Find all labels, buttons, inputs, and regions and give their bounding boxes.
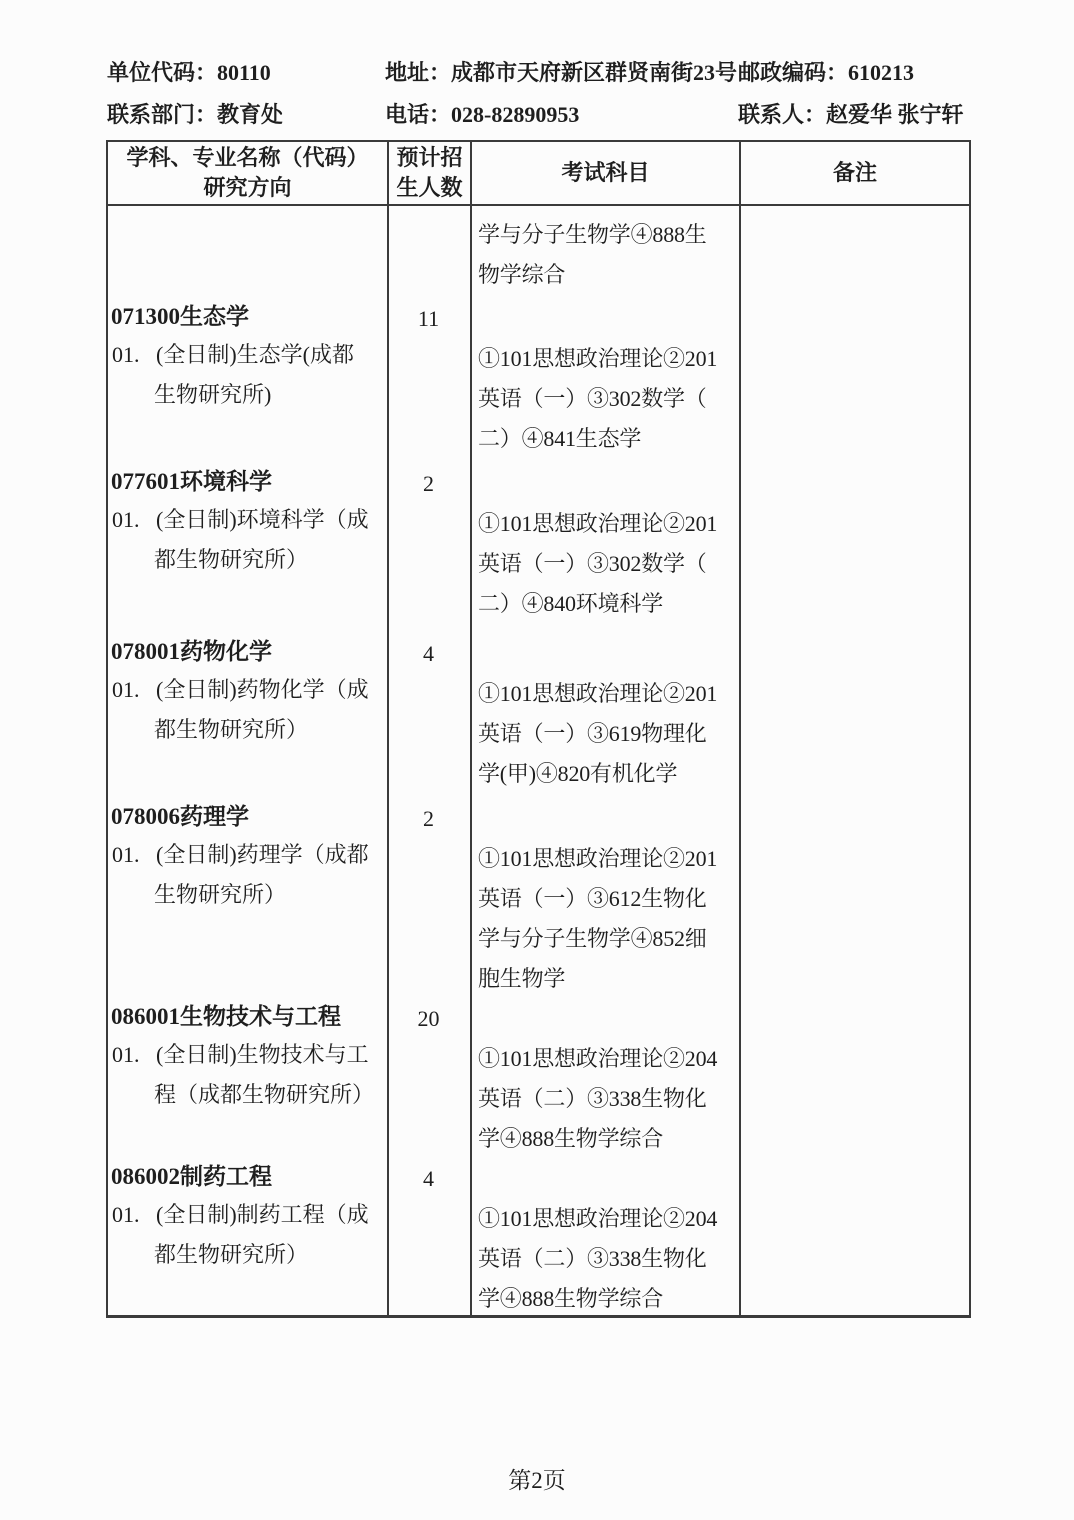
col-header-exams: 考试科目 [472, 142, 741, 204]
phone-text: 电话：028-82890953 [385, 100, 579, 130]
exam-subjects: ①101思想政治理论②204 英语（二）③338生物化 学④888生物学综合 [478, 1199, 738, 1319]
address-text: 地址：成都市天府新区群贤南街23号 [385, 58, 737, 88]
planned-enrollment: 11 [389, 299, 468, 339]
program-code-name: 086001生物技术与工程 [111, 997, 385, 1037]
col-header-program: 学科、专业名称（代码） 研究方向 [108, 142, 389, 204]
table-body: 071300生态学01. (全日制)生态学(成都 生物研究所)077601环境科… [108, 206, 969, 1315]
research-direction: 01. (全日制)药理学（成都 生物研究所） [112, 835, 385, 915]
table-header-row: 学科、专业名称（代码） 研究方向 预计招 生人数 考试科目 备注 [108, 142, 969, 206]
column-remarks [741, 206, 969, 1315]
planned-enrollment: 4 [389, 634, 468, 674]
column-quota: 11242204 [389, 206, 472, 1315]
document-page: 单位代码：80110 地址：成都市天府新区群贤南街23号 邮政编码：610213… [0, 0, 1074, 1520]
column-program: 071300生态学01. (全日制)生态学(成都 生物研究所)077601环境科… [108, 206, 389, 1315]
planned-enrollment: 20 [389, 999, 468, 1039]
postal-code-text: 邮政编码：610213 [738, 58, 914, 88]
unit-code-text: 单位代码：80110 [107, 58, 271, 88]
program-code-name: 077601环境科学 [111, 462, 385, 502]
page-number: 第2页 [0, 1462, 1074, 1495]
research-direction: 01. (全日制)制药工程（成 都生物研究所） [112, 1195, 385, 1275]
carryover-exam-subjects: 学与分子生物学④888生 物学综合 [478, 215, 738, 295]
research-direction: 01. (全日制)生物技术与工 程（成都生物研究所） [112, 1035, 385, 1115]
contact-dept-text: 联系部门：教育处 [107, 100, 283, 130]
research-direction: 01. (全日制)生态学(成都 生物研究所) [112, 335, 385, 415]
column-exam-subjects: 学与分子生物学④888生 物学综合①101思想政治理论②201 英语（一）③30… [472, 206, 741, 1315]
exam-subjects: ①101思想政治理论②204 英语（二）③338生物化 学④888生物学综合 [478, 1039, 738, 1159]
col-header-quota: 预计招 生人数 [389, 142, 472, 204]
program-code-name: 078006药理学 [111, 797, 385, 837]
contact-person-text: 联系人：赵爱华 张宁轩 [738, 100, 964, 130]
col-header-remarks: 备注 [741, 142, 969, 204]
planned-enrollment: 4 [389, 1159, 468, 1199]
planned-enrollment: 2 [389, 799, 468, 839]
planned-enrollment: 2 [389, 464, 468, 504]
program-code-name: 078001药物化学 [111, 632, 385, 672]
exam-subjects: ①101思想政治理论②201 英语（一）③612生物化 学与分子生物学④852细… [478, 839, 738, 999]
program-code-name: 071300生态学 [111, 297, 385, 337]
research-direction: 01. (全日制)环境科学（成 都生物研究所） [112, 500, 385, 580]
exam-subjects: ①101思想政治理论②201 英语（一）③302数学（ 二）④840环境科学 [478, 504, 738, 624]
exam-subjects: ①101思想政治理论②201 英语（一）③619物理化 学(甲)④820有机化学 [478, 674, 738, 794]
program-code-name: 086002制药工程 [111, 1157, 385, 1197]
admissions-table: 学科、专业名称（代码） 研究方向 预计招 生人数 考试科目 备注 071300生… [106, 140, 971, 1318]
research-direction: 01. (全日制)药物化学（成 都生物研究所） [112, 670, 385, 750]
exam-subjects: ①101思想政治理论②201 英语（一）③302数学（ 二）④841生态学 [478, 339, 738, 459]
